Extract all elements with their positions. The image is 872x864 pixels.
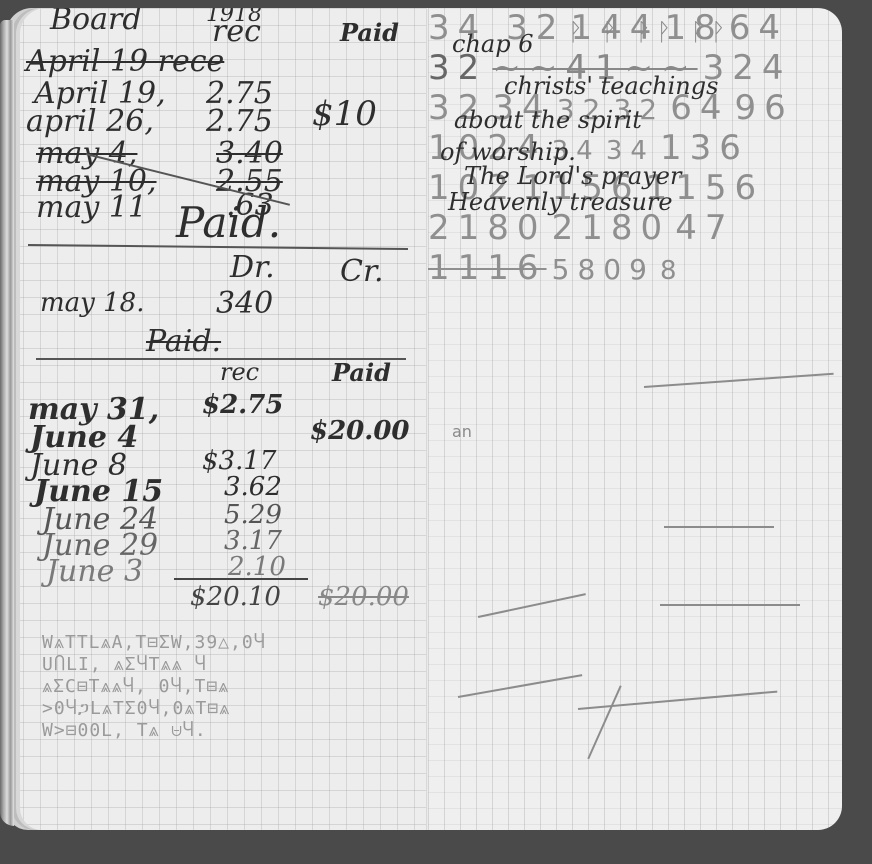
note-line: christs' teachings — [504, 72, 718, 100]
entry-amount: 3.62 — [224, 472, 282, 502]
chapter-heading: chap 6 — [452, 30, 533, 58]
dr-amount: 340 — [216, 286, 273, 321]
cipher-line: W>⊟00L, T⩓ ⩁Ⴗ. — [42, 720, 266, 742]
right-page: chap 6 ᚹ ᚹ ᚹᚹ ᚹᚹ christs' teachings abou… — [428, 8, 842, 830]
struck-entry: April 19 rece — [26, 44, 224, 79]
rec-column-header: rec — [220, 358, 259, 386]
entry-date: June 3 — [46, 554, 143, 589]
entry-amount: $2.75 — [202, 390, 283, 420]
cipher-line: >0ႷጋL⩓TΣ0Ⴗ,0⩓T⊟⩓ — [42, 698, 266, 720]
note-mark: an — [452, 422, 472, 441]
left-page: Board 1918 rec Paid April 19 rece April … — [6, 8, 428, 830]
paid-amount: $10 — [312, 94, 377, 134]
cipher-text-block: W⩓TTL⩓A,T⊟ΣW,39△,0Ⴗ ՍႶLI, ⩓ΣႷT⩓⩓ Ⴗ ⩓ΣC⊟T… — [42, 632, 266, 742]
calc-rule — [644, 373, 834, 388]
cipher-line: W⩓TTL⩓A,T⊟ΣW,39△,0Ⴗ — [42, 632, 266, 654]
calc-number: 96 — [735, 88, 794, 128]
tally-marks: ᚹ ᚹ ᚹᚹ ᚹᚹ — [568, 18, 731, 46]
note-line: about the spirit — [454, 106, 642, 134]
calc-rule — [660, 604, 800, 606]
notebook-spread: Board 1918 rec Paid April 19 rece April … — [0, 0, 872, 864]
cipher-line: ⩓ΣC⊟T⩓⩓Ⴗ, 0Ⴗ,T⊟⩓ — [42, 676, 266, 698]
paid-stamp: Paid. — [176, 198, 281, 247]
note-line: The Lord's prayer — [464, 162, 681, 190]
paid-stamp: Paid. — [146, 324, 221, 359]
calc-rule — [458, 674, 582, 697]
board-title: Board — [50, 8, 142, 37]
page-edges — [0, 20, 14, 826]
calc-number: 5809 — [552, 253, 655, 286]
entry-date: april 26, — [26, 104, 154, 139]
paid-total: $20.00 — [318, 582, 409, 612]
total-rule — [174, 578, 308, 580]
dr-column-header: Dr. — [230, 250, 275, 285]
cr-column-header: Cr. — [340, 254, 384, 289]
paid-column-header: Paid — [340, 18, 399, 47]
calc-number: 8 — [660, 256, 685, 286]
calc-number-struck: 1116 — [428, 248, 547, 288]
entry-date: may 18. — [40, 288, 144, 318]
entry-date: may 11 — [36, 190, 147, 225]
entry-amount: 2.75 — [206, 104, 273, 139]
paid-column-header: Paid — [332, 358, 391, 387]
calc-rule — [578, 691, 777, 710]
division-slash — [587, 685, 621, 759]
calc-rule — [664, 526, 774, 528]
total-amount: $20.10 — [190, 582, 281, 612]
note-line: Heavenly treasure — [448, 188, 673, 216]
calc-number: 64 — [729, 8, 788, 48]
calc-number: 47 — [675, 208, 734, 248]
cipher-line: ՍႶLI, ⩓ΣႷT⩓⩓ Ⴗ — [42, 654, 266, 676]
paid-amount: $20.00 — [310, 416, 410, 446]
calc-rule — [478, 593, 586, 617]
